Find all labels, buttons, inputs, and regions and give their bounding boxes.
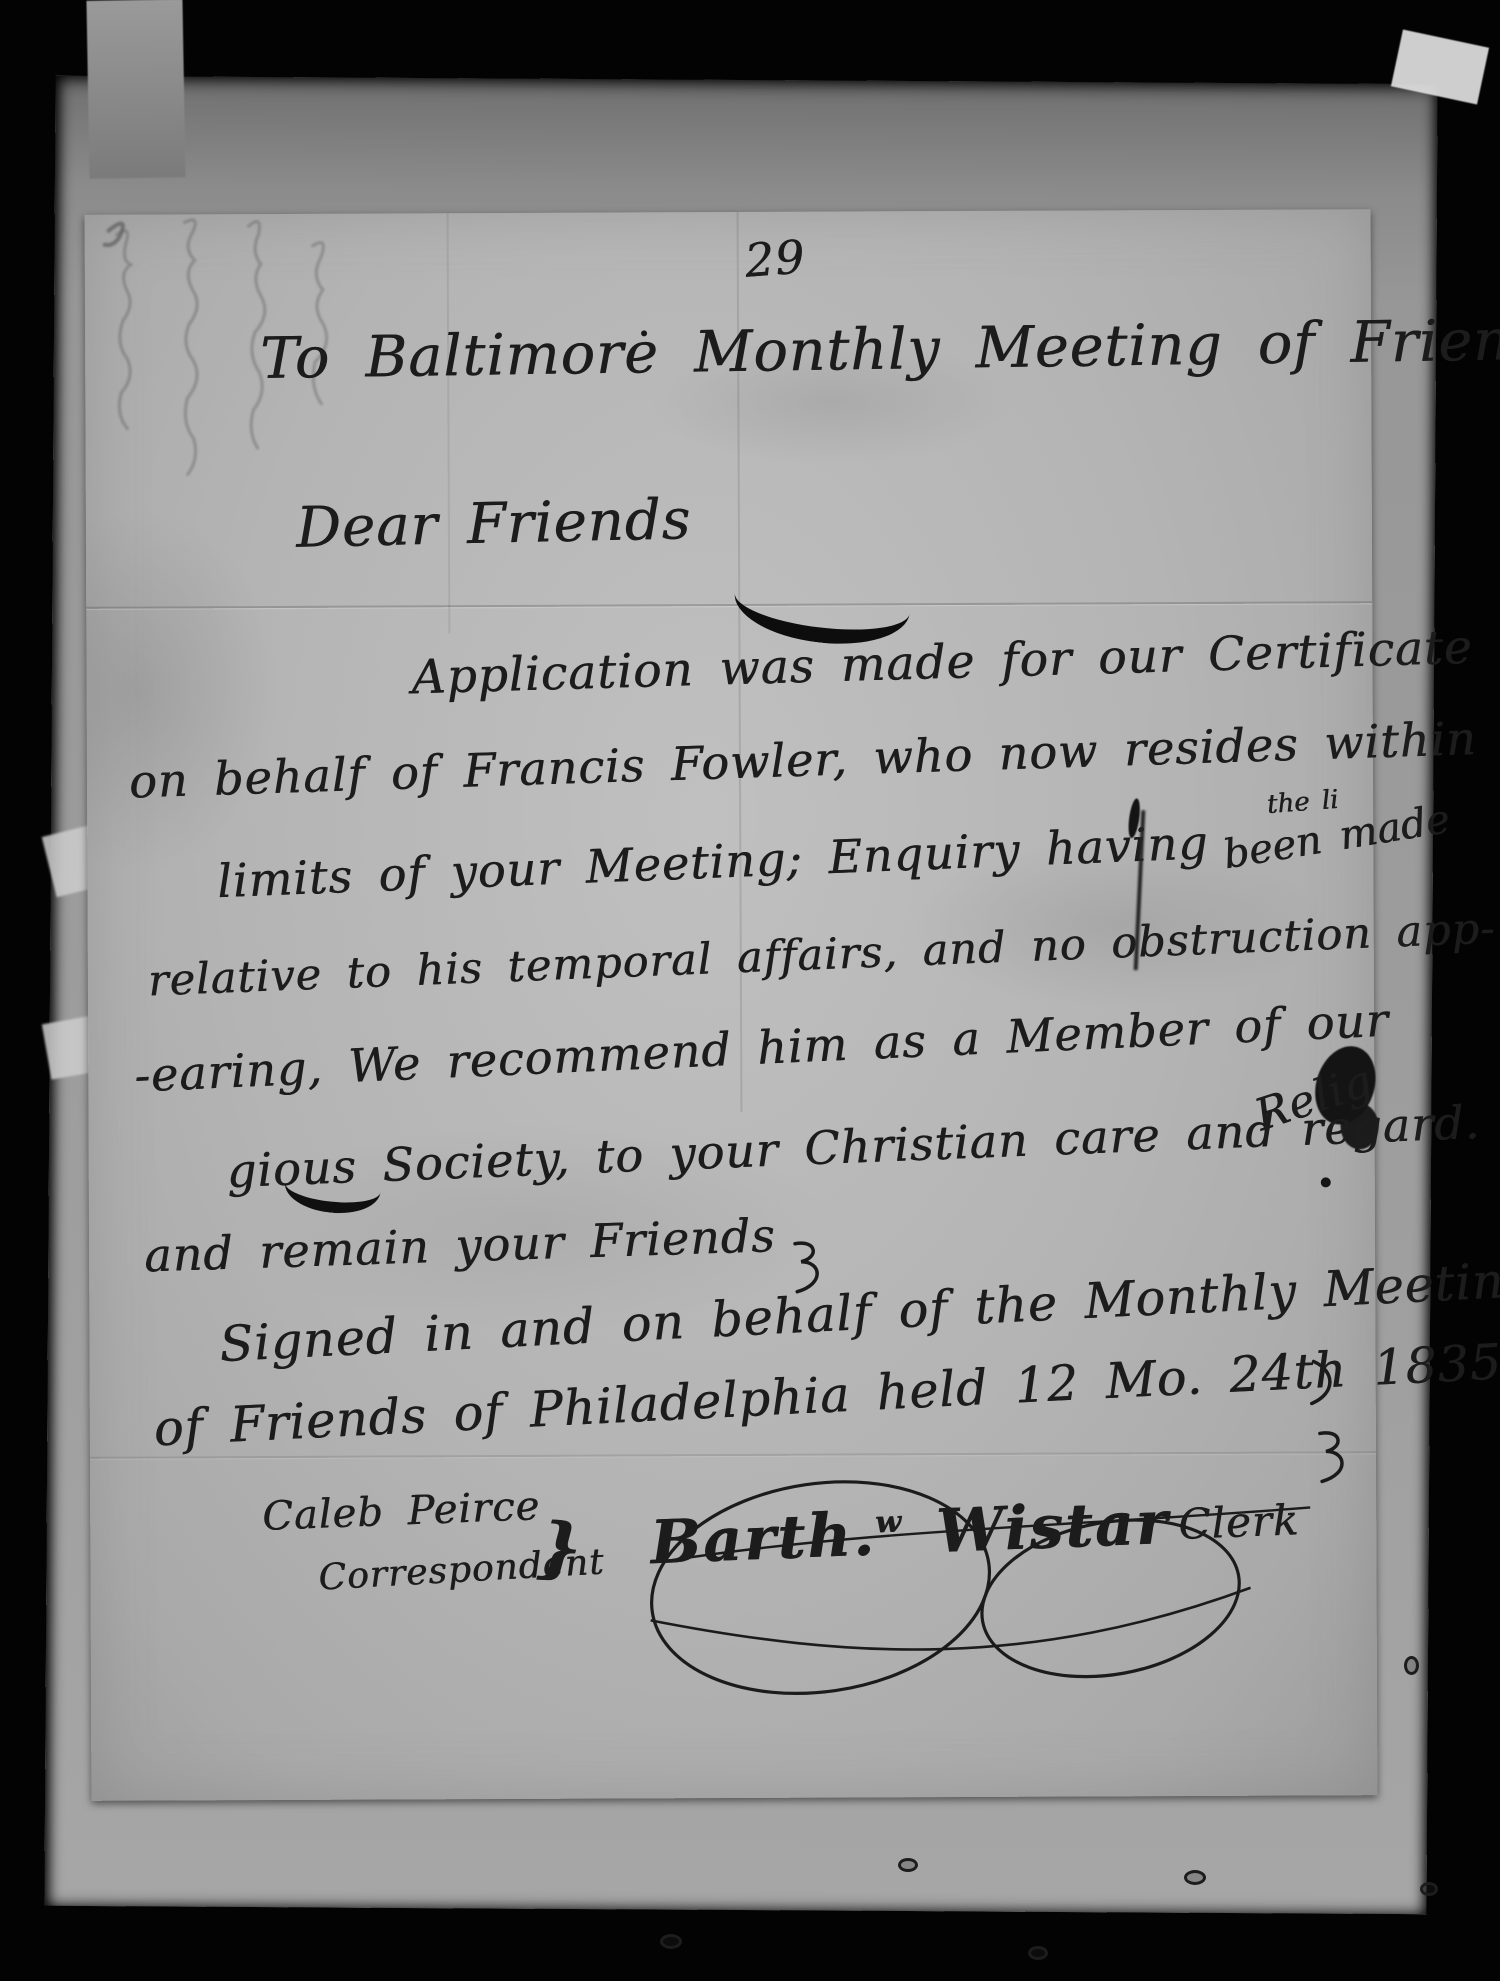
address-line: To Baltimore Monthly Meeting of Friends: [260, 306, 1500, 392]
crease-line: [447, 213, 451, 633]
correspondent-brace: }: [536, 1507, 584, 1588]
paper-speck: [1420, 1882, 1438, 1896]
paper-speck: [1184, 1870, 1206, 1885]
paper-speck: [898, 1858, 918, 1872]
body-line: Application was made for our Certificate: [411, 620, 1474, 706]
ink-spot: [641, 330, 647, 336]
body-line: gious Society, to your Christian care an…: [226, 1095, 1481, 1198]
line-insertion: the libeen made: [1220, 780, 1451, 865]
bleedthrough-script: [89, 215, 391, 646]
pen-flourish: [1314, 1429, 1354, 1485]
correspondent-name: Caleb Peirce: [261, 1483, 541, 1540]
clerk-signature: Barth.w Wistar: [649, 1488, 1171, 1578]
body-line: and remain your Friends: [143, 1208, 776, 1282]
clerk-signature-part2: Wistar: [935, 1488, 1171, 1567]
paper-speck: [660, 1934, 682, 1949]
crease-line: [86, 601, 1372, 609]
paper-speck: [1028, 1946, 1048, 1960]
crease-line: [90, 1451, 1376, 1459]
body-line-text: limits of your Meeting; Enquiry having: [216, 815, 1209, 908]
body-line: -earing, We recommend him as a Member of…: [133, 993, 1390, 1103]
page-number: 29: [743, 230, 807, 288]
ink-spot: [1321, 1177, 1331, 1187]
torn-paper-fragment: [86, 0, 185, 179]
scan-background: 29 To Baltimore Monthly Meeting of Frien…: [0, 0, 1500, 1981]
letter-page: 29 To Baltimore Monthly Meeting of Frien…: [85, 209, 1378, 1801]
salutation: Dear Friends: [295, 487, 692, 561]
clerk-signature-part1: Barth.: [649, 1500, 877, 1579]
clerk-signature-superscript: w: [874, 1504, 903, 1540]
clerk-title: Clerk: [1177, 1495, 1300, 1549]
paper-speck: [1404, 1656, 1419, 1675]
